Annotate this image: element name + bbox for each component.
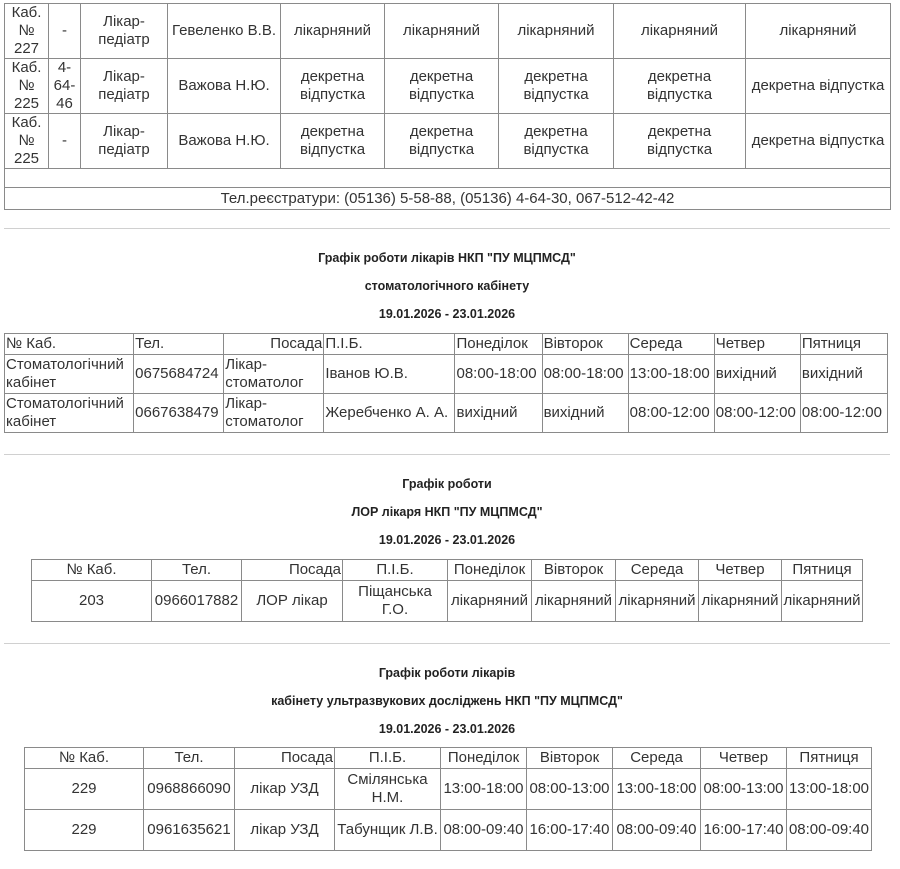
header-position: Посада <box>224 334 324 355</box>
position-cell: Лікар-педіатр <box>81 59 168 114</box>
table-row: 229 0968866090 лікар УЗД Смілянська Н.М.… <box>25 769 872 810</box>
section-divider <box>4 454 890 455</box>
position-cell: Лікар-педіатр <box>81 4 168 59</box>
name-cell: Піщанська Г.О. <box>343 581 448 622</box>
position-cell: ЛОР лікар <box>242 581 343 622</box>
table-row: 229 0961635621 лікар УЗД Табунщик Л.В. 0… <box>25 810 872 851</box>
cabinet-cell: Стоматологічний кабінет <box>5 394 134 433</box>
header-phone: Тел. <box>144 748 235 769</box>
table-row: Каб. № 225 - Лікар-педіатр Важова Н.Ю. д… <box>5 114 891 169</box>
table-row: Стоматологічний кабінет 0675684724 Лікар… <box>5 355 888 394</box>
name-cell: Важова Н.Ю. <box>168 59 281 114</box>
ent-dates: 19.01.2026 - 23.01.2026 <box>0 532 894 548</box>
header-thursday: Четвер <box>699 560 782 581</box>
cabinet-cell: 229 <box>25 810 144 851</box>
dental-title: Графік роботи лікарів НКП "ПУ МЦПМСД" <box>0 250 894 266</box>
table-header-row: № Каб. Тел. Посада П.І.Б. Понеділок Вівт… <box>5 334 888 355</box>
tuesday-cell: лікарняний <box>385 4 499 59</box>
phone-cell: 0966017882 <box>152 581 242 622</box>
wednesday-cell: лікарняний <box>616 581 699 622</box>
monday-cell: 08:00-09:40 <box>441 810 527 851</box>
phone-cell: 4-64-46 <box>49 59 81 114</box>
header-position: Посада <box>235 748 335 769</box>
header-monday: Понеділок <box>448 560 532 581</box>
empty-row <box>5 169 891 188</box>
section-divider <box>4 643 890 644</box>
monday-cell: декретна відпустка <box>281 59 385 114</box>
header-name: П.І.Б. <box>335 748 441 769</box>
header-cabinet: № Каб. <box>5 334 134 355</box>
name-cell: Гевеленко В.В. <box>168 4 281 59</box>
thursday-cell: декретна відпустка <box>614 114 746 169</box>
header-tuesday: Вівторок <box>527 748 613 769</box>
phone-cell: 0667638479 <box>134 394 224 433</box>
name-cell: Табунщик Л.В. <box>335 810 441 851</box>
header-cabinet: № Каб. <box>25 748 144 769</box>
dental-schedule-table: № Каб. Тел. Посада П.І.Б. Понеділок Вівт… <box>4 333 888 433</box>
wednesday-cell: декретна відпустка <box>499 59 614 114</box>
table-row: Каб. № 227 - Лікар-педіатр Гевеленко В.В… <box>5 4 891 59</box>
header-monday: Понеділок <box>455 334 542 355</box>
header-name: П.І.Б. <box>324 334 455 355</box>
header-tuesday: Вівторок <box>532 560 616 581</box>
position-cell: лікар УЗД <box>235 769 335 810</box>
position-cell: Лікар-педіатр <box>81 114 168 169</box>
header-thursday: Четвер <box>714 334 800 355</box>
dental-dates: 19.01.2026 - 23.01.2026 <box>0 306 894 322</box>
ent-subtitle: ЛОР лікаря НКП "ПУ МЦПМСД" <box>0 504 894 520</box>
thursday-cell: 16:00-17:40 <box>701 810 787 851</box>
tuesday-cell: вихідний <box>542 394 628 433</box>
header-friday: Пятниця <box>782 560 863 581</box>
pediatric-schedule-table: Каб. № 227 - Лікар-педіатр Гевеленко В.В… <box>4 3 891 210</box>
header-friday: Пятниця <box>787 748 872 769</box>
wednesday-cell: декретна відпустка <box>499 114 614 169</box>
friday-cell: декретна відпустка <box>746 114 891 169</box>
monday-cell: 13:00-18:00 <box>441 769 527 810</box>
friday-cell: 13:00-18:00 <box>787 769 872 810</box>
cabinet-cell: Каб. № 227 <box>5 4 49 59</box>
header-cabinet: № Каб. <box>32 560 152 581</box>
header-thursday: Четвер <box>701 748 787 769</box>
header-tuesday: Вівторок <box>542 334 628 355</box>
header-phone: Тел. <box>134 334 224 355</box>
wednesday-cell: лікарняний <box>499 4 614 59</box>
wednesday-cell: 13:00-18:00 <box>628 355 714 394</box>
header-name: П.І.Б. <box>343 560 448 581</box>
friday-cell: 08:00-09:40 <box>787 810 872 851</box>
phone-cell: 0968866090 <box>144 769 235 810</box>
table-header-row: № Каб. Тел. Посада П.І.Б. Понеділок Вівт… <box>32 560 863 581</box>
ultrasound-dates: 19.01.2026 - 23.01.2026 <box>0 721 894 737</box>
tuesday-cell: 08:00-13:00 <box>527 769 613 810</box>
cabinet-cell: Каб. № 225 <box>5 114 49 169</box>
section-divider <box>4 228 890 229</box>
cabinet-cell: Стоматологічний кабінет <box>5 355 134 394</box>
wednesday-cell: 08:00-09:40 <box>613 810 701 851</box>
friday-cell: лікарняний <box>746 4 891 59</box>
thursday-cell: декретна відпустка <box>614 59 746 114</box>
thursday-cell: 08:00-12:00 <box>714 394 800 433</box>
header-wednesday: Середа <box>613 748 701 769</box>
phone-cell: 0961635621 <box>144 810 235 851</box>
header-position: Посада <box>242 560 343 581</box>
thursday-cell: лікарняний <box>614 4 746 59</box>
registry-phones: Тел.реєстратури: (05136) 5-58-88, (05136… <box>5 188 891 210</box>
friday-cell: лікарняний <box>782 581 863 622</box>
thursday-cell: лікарняний <box>699 581 782 622</box>
header-wednesday: Середа <box>616 560 699 581</box>
ent-schedule-table: № Каб. Тел. Посада П.І.Б. Понеділок Вівт… <box>31 559 863 622</box>
table-row: Каб. № 225 4-64-46 Лікар-педіатр Важова … <box>5 59 891 114</box>
header-monday: Понеділок <box>441 748 527 769</box>
monday-cell: лікарняний <box>281 4 385 59</box>
name-cell: Жеребченко А. А. <box>324 394 455 433</box>
header-wednesday: Середа <box>628 334 714 355</box>
dental-subtitle: стоматологічного кабінету <box>0 278 894 294</box>
phone-cell: - <box>49 114 81 169</box>
header-friday: Пятниця <box>800 334 887 355</box>
monday-cell: декретна відпустка <box>281 114 385 169</box>
table-header-row: № Каб. Тел. Посада П.І.Б. Понеділок Вівт… <box>25 748 872 769</box>
name-cell: Смілянська Н.М. <box>335 769 441 810</box>
ent-title: Графік роботи <box>0 476 894 492</box>
position-cell: Лікар-стоматолог <box>224 394 324 433</box>
tuesday-cell: декретна відпустка <box>385 114 499 169</box>
position-cell: Лікар-стоматолог <box>224 355 324 394</box>
name-cell: Іванов Ю.В. <box>324 355 455 394</box>
friday-cell: вихідний <box>800 355 887 394</box>
name-cell: Важова Н.Ю. <box>168 114 281 169</box>
cabinet-cell: Каб. № 225 <box>5 59 49 114</box>
tuesday-cell: лікарняний <box>532 581 616 622</box>
wednesday-cell: 13:00-18:00 <box>613 769 701 810</box>
monday-cell: 08:00-18:00 <box>455 355 542 394</box>
cabinet-cell: 229 <box>25 769 144 810</box>
phone-cell: 0675684724 <box>134 355 224 394</box>
ultrasound-subtitle: кабінету ультразвукових досліджень НКП "… <box>0 693 894 709</box>
registry-phones-row: Тел.реєстратури: (05136) 5-58-88, (05136… <box>5 188 891 210</box>
tuesday-cell: декретна відпустка <box>385 59 499 114</box>
ultrasound-title: Графік роботи лікарів <box>0 665 894 681</box>
friday-cell: 08:00-12:00 <box>800 394 887 433</box>
monday-cell: лікарняний <box>448 581 532 622</box>
thursday-cell: 08:00-13:00 <box>701 769 787 810</box>
position-cell: лікар УЗД <box>235 810 335 851</box>
cabinet-cell: 203 <box>32 581 152 622</box>
phone-cell: - <box>49 4 81 59</box>
header-phone: Тел. <box>152 560 242 581</box>
tuesday-cell: 16:00-17:40 <box>527 810 613 851</box>
wednesday-cell: 08:00-12:00 <box>628 394 714 433</box>
empty-cell <box>5 169 891 188</box>
table-row: Стоматологічний кабінет 0667638479 Лікар… <box>5 394 888 433</box>
tuesday-cell: 08:00-18:00 <box>542 355 628 394</box>
thursday-cell: вихідний <box>714 355 800 394</box>
friday-cell: декретна відпустка <box>746 59 891 114</box>
monday-cell: вихідний <box>455 394 542 433</box>
ultrasound-schedule-table: № Каб. Тел. Посада П.І.Б. Понеділок Вівт… <box>24 747 872 851</box>
table-row: 203 0966017882 ЛОР лікар Піщанська Г.О. … <box>32 581 863 622</box>
